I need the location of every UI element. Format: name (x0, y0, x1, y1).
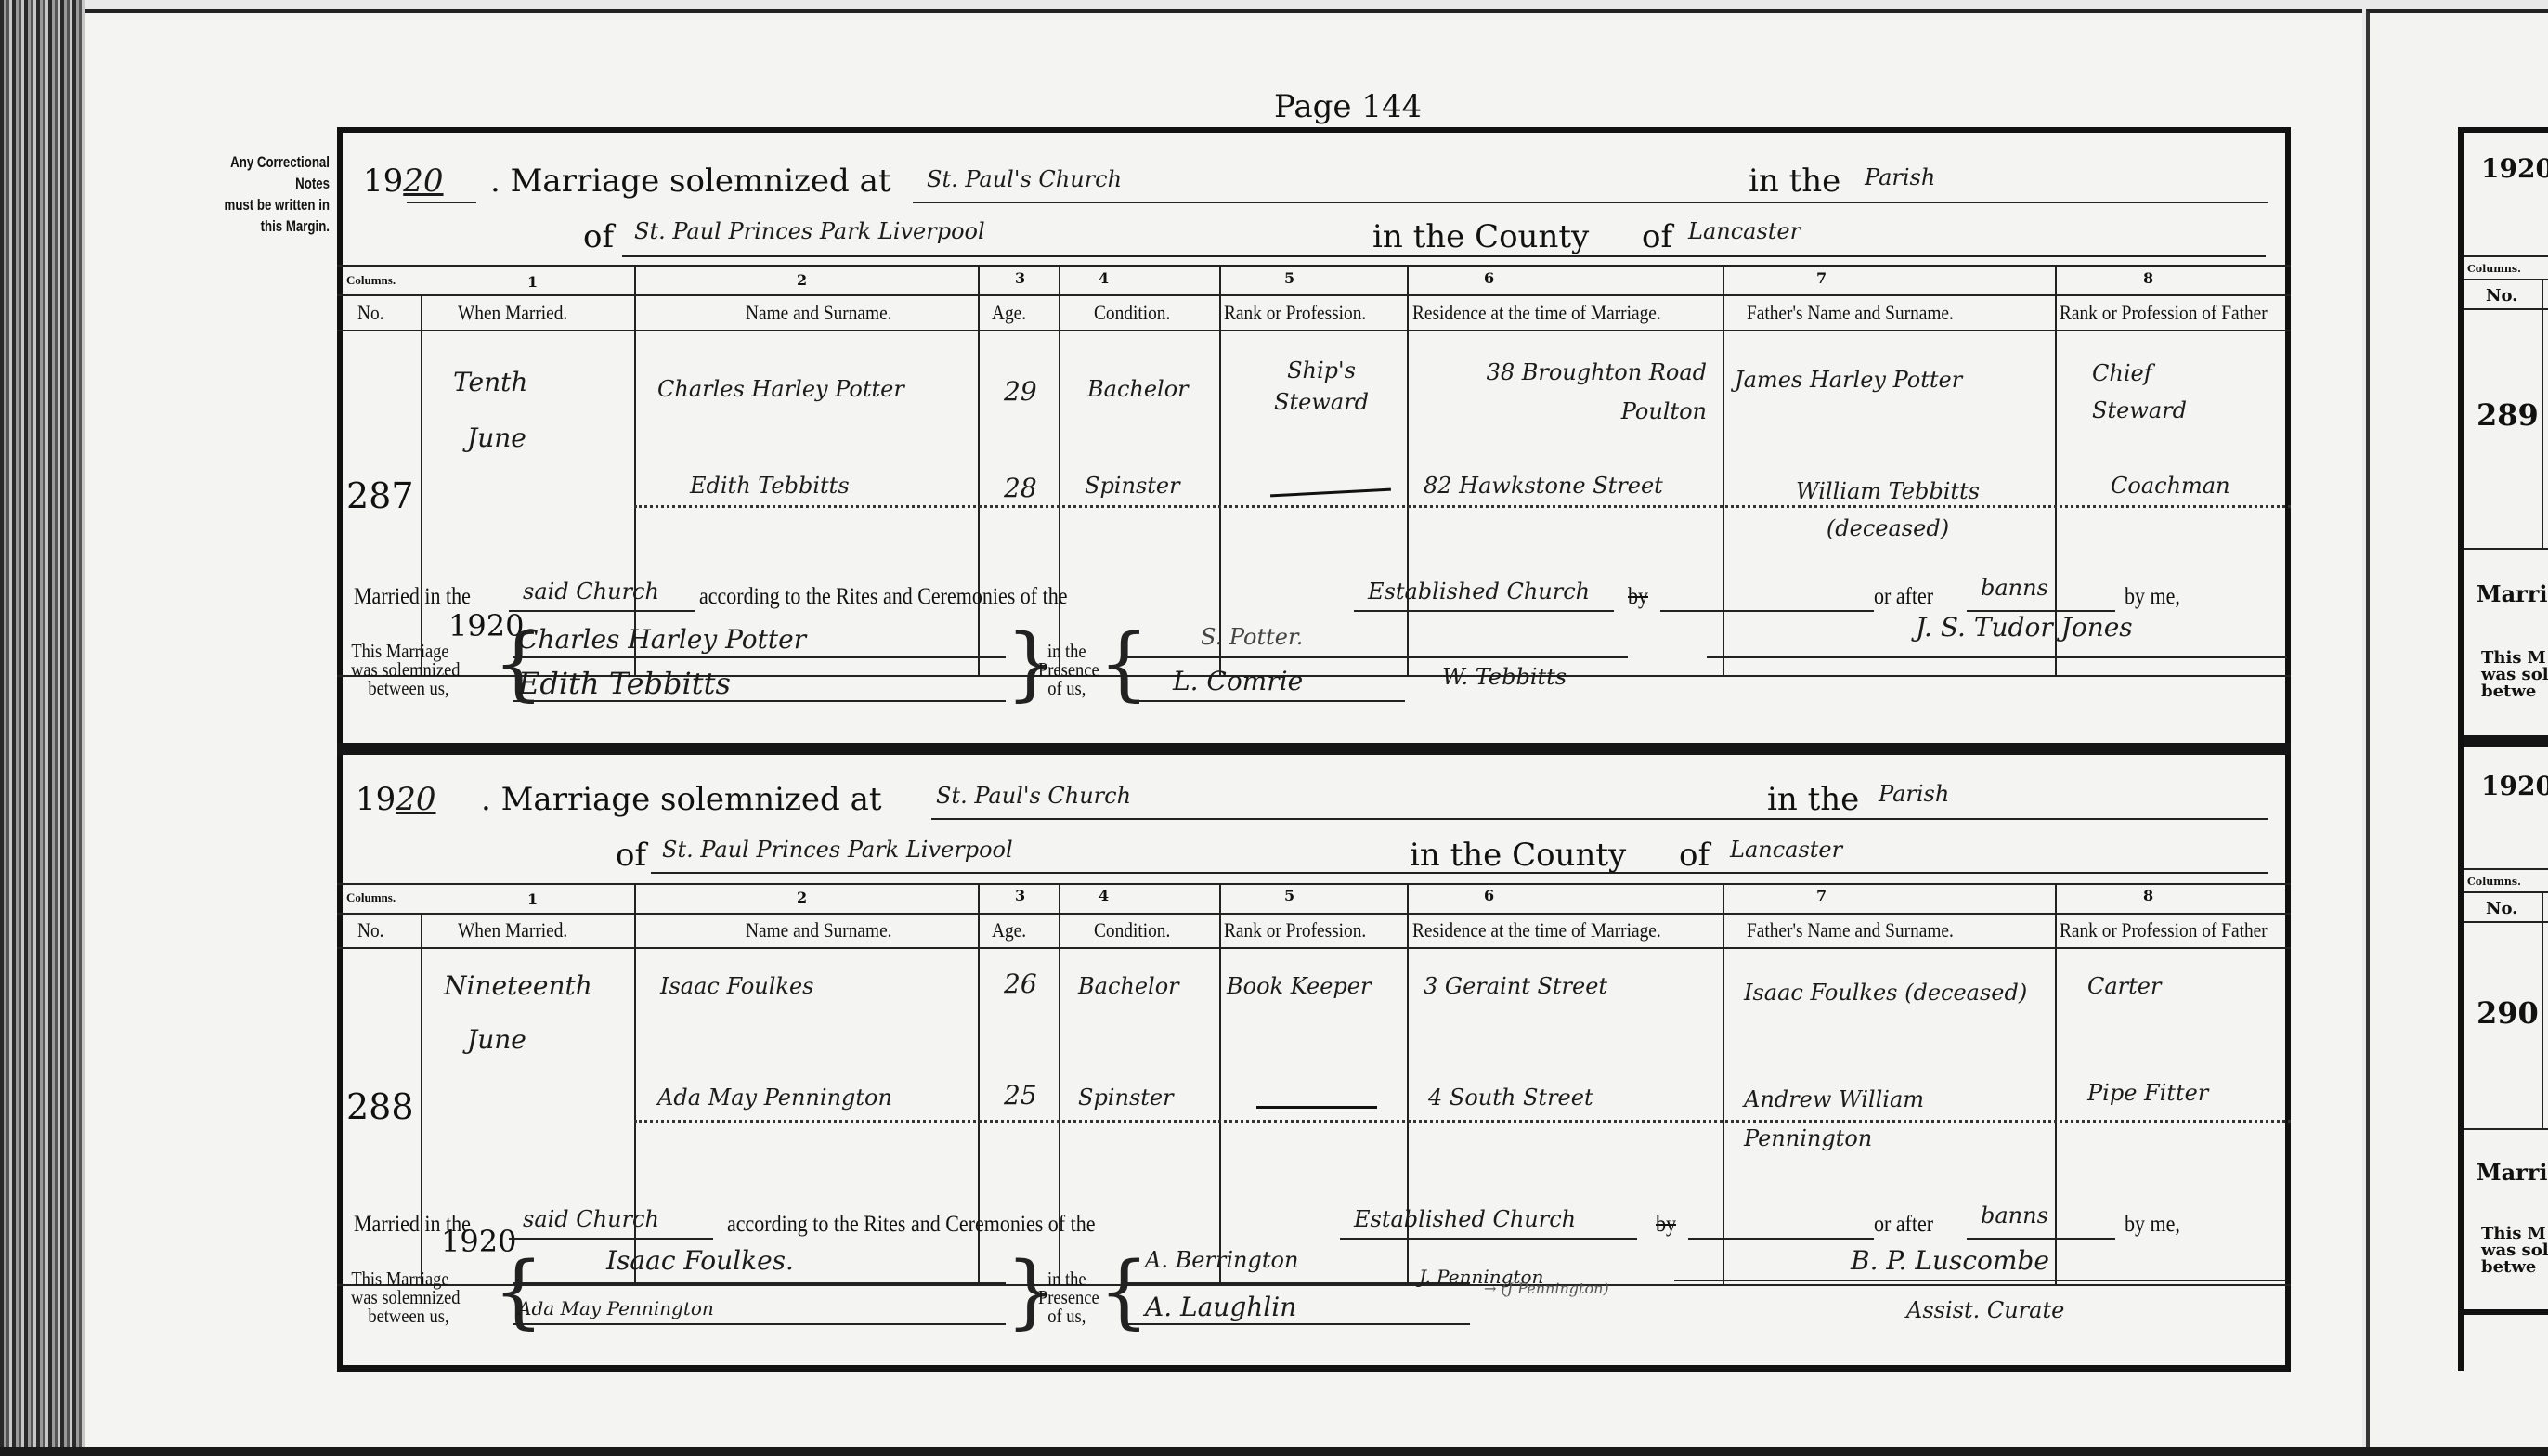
facing-entry-number: 290 (2476, 995, 2539, 1031)
header-bottom (337, 330, 2291, 331)
after-line (1967, 1238, 2115, 1240)
married-in-value: said Church (523, 578, 659, 604)
label-line: Presence (1038, 660, 1096, 679)
brace-witness: { (1098, 624, 1150, 704)
bride-name: Ada May Pennington (657, 1085, 892, 1111)
by-label: by (1656, 1212, 1676, 1238)
according-to-label: according to the Rites and Ceremonies of… (699, 584, 1067, 610)
facing-entry-number: 289 (2476, 397, 2539, 433)
groom-age: 26 (1004, 968, 1037, 999)
header-condition: Condition. (1094, 301, 1170, 325)
bride-residence: 4 South Street (1428, 1085, 1593, 1111)
header-no: No. (357, 301, 384, 325)
of-label: of (616, 837, 646, 874)
page-bottom-edge (0, 1447, 2548, 1456)
label-line: betwe (2481, 683, 2548, 700)
facing-header-top (2463, 891, 2548, 893)
col-number: 4 (1098, 269, 1109, 287)
by-me-label: by me, (2125, 584, 2180, 610)
facing-header-bottom (2463, 308, 2548, 310)
groom-residence: 3 Geraint Street (1423, 973, 1607, 999)
bride-condition: Spinster (1085, 473, 1180, 499)
parish-type-value: Parish (1878, 781, 1949, 807)
facing-table-top (2463, 255, 2548, 257)
groom-signature: Charles Harley Potter (518, 624, 806, 655)
header-bottom (337, 947, 2291, 949)
by-line (1688, 1238, 1874, 1240)
columns-label: Columns. (346, 273, 396, 288)
rites-value: Established Church (1354, 1206, 1576, 1232)
witness-1-signature: S. Potter. (1201, 624, 1303, 650)
facing-married-label: Marrie (2476, 580, 2548, 607)
officiant-line (1674, 1280, 2287, 1281)
facing-entry-separator (2463, 735, 2548, 747)
col-divider (634, 265, 636, 675)
label-line: in the (1038, 642, 1096, 660)
signature-line (1126, 700, 1405, 702)
witness-3-signature: W. Tebbitts (1442, 664, 1566, 690)
col-divider (1219, 883, 1221, 1284)
header-when-married: When Married. (458, 918, 567, 942)
bride-father-profession: Pipe Fitter (2087, 1080, 2208, 1106)
margin-note-line: must be written in (206, 194, 330, 215)
facing-married-label: Marrie (2476, 1159, 2548, 1186)
marriage-entry-287-footer: Married in the said Church according to … (337, 675, 2291, 749)
bride-profession-blank (1270, 488, 1391, 498)
county-label: in the County (1410, 837, 1626, 874)
facing-frame-left (2458, 127, 2463, 1371)
facing-table-bottom (2463, 1128, 2548, 1130)
header-residence: Residence at the time of Marriage. (1412, 301, 1661, 325)
year-prefix: 19 (356, 781, 396, 818)
bride-name: Edith Tebbitts (690, 473, 850, 499)
header-residence: Residence at the time of Marriage. (1412, 918, 1661, 942)
col-number: 4 (1098, 887, 1109, 904)
label-line: Presence (1038, 1288, 1096, 1306)
groom-profession: Book Keeper (1227, 973, 1371, 999)
table-top (337, 265, 2291, 266)
entry-number: 287 (346, 475, 414, 516)
officiant-signature: J. S. Tudor Jones (1916, 612, 2133, 643)
parish-line (622, 255, 1690, 257)
when-married-day: Tenth (453, 367, 527, 397)
page-label: Page (1274, 88, 1352, 125)
bride-residence: 82 Hawkstone Street (1423, 473, 1663, 499)
col-number: 1 (527, 890, 538, 908)
entry-number: 288 (346, 1086, 414, 1127)
in-the-label: in the (1748, 162, 1840, 200)
solemnized-at-label: . Marriage solemnized at (481, 781, 882, 818)
groom-condition: Bachelor (1078, 973, 1179, 999)
groom-age: 29 (1004, 376, 1037, 407)
county-of-label: of (1679, 837, 1709, 874)
signature-line (513, 1323, 1006, 1325)
col-number: 2 (797, 271, 807, 289)
header-top (337, 294, 2291, 296)
church-value: St. Paul's Church (927, 166, 1122, 192)
signature-line (1126, 1323, 1470, 1325)
county-value: Lancaster (1730, 837, 1842, 863)
year-prefix: 19 (363, 162, 403, 200)
bride-age: 25 (1004, 1080, 1037, 1111)
header-when-married: When Married. (458, 301, 567, 325)
parish-value: St. Paul Princes Park Liverpool (662, 837, 1013, 863)
parish-type-line (1860, 201, 2268, 203)
groom-father-profession: Chief Steward (2073, 355, 2231, 429)
brace-witness: { (1098, 1252, 1150, 1332)
col-number: 7 (1816, 887, 1826, 904)
entry-separator (337, 743, 2291, 755)
by-label: by (1628, 584, 1648, 610)
officiant-title: Assist. Curate (1906, 1297, 2064, 1323)
married-in-line (509, 610, 695, 612)
label-line: was solemnized (351, 1288, 449, 1306)
header-name: Name and Surname. (746, 301, 892, 325)
bride-profession-blank (1256, 1106, 1377, 1109)
col-number: 2 (797, 889, 807, 906)
col-number: 5 (1284, 887, 1294, 904)
county-line (1721, 872, 2268, 874)
bride-father-profession: Coachman (2111, 473, 2230, 499)
this-marriage-label: This Marriage was solemnized between us, (351, 1269, 449, 1325)
church-value: St. Paul's Church (936, 783, 1131, 809)
columns-label: Columns. (346, 890, 396, 905)
header-age: Age. (992, 301, 1026, 325)
col-divider (978, 265, 980, 675)
signature-line (513, 656, 1006, 658)
facing-top-rule (2458, 127, 2548, 133)
signature-line (1126, 656, 1628, 658)
facing-col-divider (2541, 279, 2543, 548)
by-me-label: by me, (2125, 1212, 2180, 1238)
margin-note-line: Any Correctional Notes (206, 151, 330, 194)
this-marriage-label: This Marriage was solemnized between us, (351, 642, 449, 697)
bride-age: 28 (1004, 473, 1037, 503)
header-father-profession: Rank or Profession of Father (2060, 918, 2268, 942)
year-suffix: 20 (396, 781, 435, 818)
col-number: 1 (527, 273, 538, 291)
label-line: between us, (351, 679, 449, 697)
header-top (337, 913, 2291, 915)
parish-type-line (1874, 818, 2268, 820)
when-married-month: June (467, 1024, 526, 1055)
marriage-entry-288-footer: Married in the said Church according to … (337, 1284, 2291, 1368)
entry-year: 1920 (356, 781, 436, 818)
facing-table-top (2463, 868, 2548, 870)
table-top (337, 883, 2291, 885)
bride-father-name: Andrew William Pennington (1744, 1080, 2050, 1158)
witness-annotation: → (J Pennington) (1484, 1280, 1609, 1297)
in-the-label: in the (1767, 781, 1859, 818)
header-father-name: Father's Name and Surname. (1747, 918, 1954, 942)
groom-name: Charles Harley Potter (657, 376, 904, 402)
county-label: in the County (1372, 218, 1589, 255)
bride-signature: Edith Tebbitts (518, 666, 731, 701)
married-in-label: Married in the (354, 1212, 471, 1238)
page-title: Page 144 (1274, 88, 1422, 125)
marriage-entry-288: 1920 . Marriage solemnized at St. Paul's… (337, 755, 2291, 1368)
col-number: 3 (1015, 269, 1025, 287)
header-age: Age. (992, 918, 1026, 942)
facing-this-marriage: This M was sol betwe (2481, 650, 2548, 700)
col-divider (1219, 265, 1221, 675)
bride-condition: Spinster (1078, 1085, 1174, 1111)
col-number: 6 (1484, 887, 1494, 904)
or-after-label: or after (1874, 584, 1933, 610)
label-line: between us, (351, 1306, 449, 1325)
label-line: betwe (2481, 1259, 2548, 1276)
year-underline (407, 201, 476, 203)
margin-note: Any Correctional Notes must be written i… (206, 151, 330, 237)
header-name: Name and Surname. (746, 918, 892, 942)
facing-year: 1920 (2481, 153, 2548, 184)
county-of-label: of (1642, 218, 1672, 255)
entry-year: 1920 (363, 162, 444, 200)
in-presence-label: in the Presence of us, (1038, 642, 1096, 697)
after-value: banns (1981, 1202, 2048, 1228)
facing-year: 1920 (2481, 771, 2548, 801)
after-value: banns (1981, 575, 2048, 601)
signature-line (513, 700, 1006, 702)
col-divider (2055, 883, 2057, 1284)
facing-col-divider (2541, 891, 2543, 1128)
according-to-label: according to the Rites and Ceremonies of… (727, 1212, 1095, 1238)
facing-bottom-rule (2458, 1309, 2548, 1315)
by-line (1660, 610, 1874, 612)
groom-father-profession: Carter (2087, 973, 2161, 999)
header-profession: Rank or Profession. (1224, 918, 1366, 942)
col-number: 8 (2143, 887, 2153, 904)
facing-no-header: No. (2486, 286, 2517, 305)
year-suffix: 20 (403, 162, 443, 200)
col-divider (1407, 265, 1409, 675)
col-divider (421, 294, 422, 675)
rites-value: Established Church (1368, 578, 1590, 604)
married-in-line (509, 1238, 713, 1240)
page-number: 144 (1361, 88, 1422, 125)
facing-this-marriage: This M was sol betwe (2481, 1226, 2548, 1276)
facing-columns-label: Columns. (2467, 876, 2521, 888)
groom-name: Isaac Foulkes (660, 973, 813, 999)
col-number: 8 (2143, 269, 2153, 287)
label-line: was solemnized (351, 660, 449, 679)
solemnized-at-label: . Marriage solemnized at (490, 162, 891, 200)
label-line: of us, (1038, 679, 1096, 697)
header-father-name: Father's Name and Surname. (1747, 301, 1954, 325)
of-label: of (583, 218, 614, 255)
label-line: This Marriage (351, 1269, 449, 1288)
label-line: This Marriage (351, 642, 449, 660)
witness-2-signature: L. Comrie (1173, 666, 1303, 696)
brace-left: { (493, 1252, 544, 1332)
parish-type-value: Parish (1865, 164, 1935, 190)
col-divider (1722, 265, 1724, 675)
groom-signature: Isaac Foulkes. (606, 1245, 794, 1276)
groom-profession: Ship's Steward (1252, 355, 1391, 418)
header-no: No. (357, 918, 384, 942)
header-condition: Condition. (1094, 918, 1170, 942)
groom-residence: 38 Broughton Road Poulton (1419, 353, 1707, 431)
bride-signature: Ada May Pennington (518, 1297, 714, 1319)
when-married-month: June (467, 422, 526, 453)
rites-line (1354, 610, 1614, 612)
groom-condition: Bachelor (1087, 376, 1189, 402)
facing-no-header: No. (2486, 899, 2517, 918)
county-line (1685, 255, 2266, 257)
groom-father-name: Isaac Foulkes (deceased) (1744, 973, 2032, 1012)
when-married-day: Nineteenth (444, 970, 592, 1001)
rites-line (1340, 1238, 1637, 1240)
col-divider (1059, 265, 1060, 675)
row-divider (634, 505, 2291, 508)
facing-header-bottom (2463, 921, 2548, 923)
label-line: in the (1038, 1269, 1096, 1288)
witness-2-signature: A. Laughlin (1145, 1292, 1296, 1322)
parish-value: St. Paul Princes Park Liverpool (634, 218, 985, 244)
in-presence-label: in the Presence of us, (1038, 1269, 1096, 1325)
col-number: 7 (1816, 269, 1826, 287)
officiant-signature: B. P. Luscombe (1851, 1245, 2049, 1276)
facing-header-top (2463, 279, 2548, 280)
col-number: 6 (1484, 269, 1494, 287)
signature-line (513, 1282, 1006, 1284)
facing-columns-label: Columns. (2467, 263, 2521, 275)
col-number: 5 (1284, 269, 1294, 287)
married-in-label: Married in the (354, 584, 471, 610)
margin-note-line: this Margin. (206, 215, 330, 237)
col-number: 3 (1015, 887, 1025, 904)
witness-1-signature: A. Berrington (1145, 1247, 1298, 1273)
officiant-line (1707, 656, 2287, 658)
header-father-profession: Rank or Profession of Father (2060, 301, 2268, 325)
married-in-value: said Church (523, 1206, 659, 1232)
col-divider (1722, 883, 1724, 1284)
bride-father-name: William Tebbitts (deceased) (1735, 473, 2041, 547)
county-value: Lancaster (1688, 218, 1800, 244)
header-profession: Rank or Profession. (1224, 301, 1366, 325)
groom-father-name: James Harley Potter (1735, 367, 1962, 393)
or-after-label: or after (1874, 1212, 1933, 1238)
label-line: of us, (1038, 1306, 1096, 1325)
book-spine (0, 0, 85, 1456)
facing-table-bottom (2463, 548, 2548, 550)
